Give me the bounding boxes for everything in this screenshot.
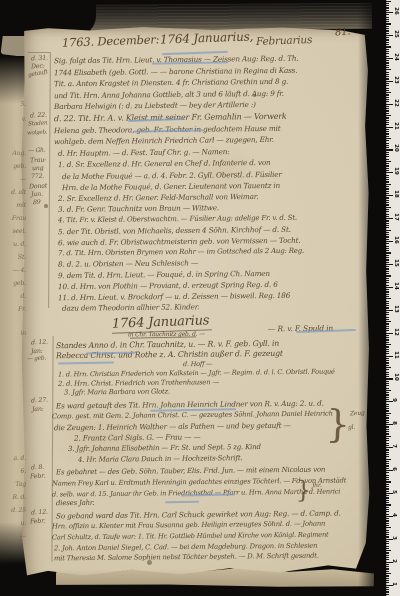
blue-underline-mark: [165, 501, 199, 504]
facing-text-fragment: 5.: [0, 101, 26, 108]
manuscript-line: 8. d. 2. u. Obristen — Neu Schlesisch —: [58, 258, 198, 268]
margin-date-note: getauft: [28, 69, 48, 78]
manuscript-line: 7. d. Tit. Hrn. Obristen Brymen von Rohr…: [58, 247, 304, 258]
facing-text-fragment: Fr.: [0, 306, 26, 313]
blue-underline-mark: [58, 362, 114, 365]
manuscript-line: 1744 Elisabeth (geb. Gottl. — — barone C…: [54, 66, 297, 78]
facing-text-fragment: Aug.: [0, 150, 26, 157]
manuscript-line: dazu dem Theodorin allhier 52. Kinder.: [62, 302, 199, 312]
manuscript-line: 2. Sr. Excellenz d. Hr. Gener. Feld-Mars…: [58, 192, 258, 203]
margin-date-note: Febr.: [30, 518, 45, 526]
margin-date-note: d. 12.: [31, 509, 48, 517]
margin-date-note: ung: [32, 165, 44, 173]
manuscript-line: Rebecca Christ. und Rothe z. A. Christin…: [56, 349, 283, 360]
margin-date-note: d. 12.: [31, 339, 48, 347]
facing-text-fragment: d.: [0, 293, 26, 300]
margin-date-note: Donat: [29, 183, 48, 191]
manuscript-line: die Zeugen: 1. Heinrich Walther — als Pa…: [54, 421, 291, 432]
manuscript-content: 1763. December: 1764 Januarius, Februari…: [0, 0, 400, 596]
facing-text-fragment: d. 25: [0, 507, 26, 514]
manuscript-line: Comp. gest. mit Gem. 2. Johann Christ. C…: [52, 410, 333, 421]
ink-underline-mark: [130, 336, 196, 338]
manuscript-line: d. Hr. Hauptm. — d. Fest. Tauf Chr. g. —…: [58, 147, 230, 158]
facing-text-fragment: v.: [0, 116, 26, 123]
facing-text-fragment: a. d.: [0, 455, 26, 462]
curly-brace-mark: }: [296, 476, 312, 505]
manuscript-line: 1. d. Hrn. Christian Friederich von Kalk…: [58, 368, 335, 379]
facing-text-fragment: u.: [0, 520, 26, 527]
facing-text-fragment: d. alt: [0, 189, 26, 196]
facing-text-fragment: —: [0, 176, 26, 183]
ink-spot: [44, 204, 48, 208]
margin-date-note: d. 22.: [30, 112, 47, 120]
facing-text-fragment: geb.: [0, 163, 26, 170]
manuscript-line: 5. der Tit. Obristl. von Michaelis, dess…: [58, 225, 291, 236]
manuscript-line: d. Hoff —: [183, 360, 213, 368]
facing-text-fragment: geb.: [0, 280, 26, 287]
manuscript-line: wohlgeb. dem Neffen Heinrich Friedrich C…: [54, 135, 274, 146]
gutter-shadow-right: [358, 0, 388, 596]
facing-text-fragment: R. d.: [0, 494, 26, 501]
header-december-1763: 1763. December:: [62, 32, 160, 49]
manuscript-line: 2. Joh. Anton Daniel Siegel, C. Cad. — b…: [54, 542, 317, 553]
margin-date-note: Jan:: [32, 406, 44, 414]
manuscript-line: Barbara Helwigin (: d. zu Liebstedt — be…: [54, 100, 256, 111]
margin-date-note: wolgeb.: [27, 129, 48, 136]
brace-side-note: Jhr.: [312, 482, 322, 489]
facing-text-fragment: 6.: [0, 468, 26, 475]
manuscript-line: 2. d. Hrn. Christ. Friedrich von Trothen…: [58, 378, 219, 388]
margin-date-note: d. 27.: [31, 397, 48, 405]
margin-date-note: Staden: [28, 120, 48, 127]
manuscript-line: Hrn. offizin u. Klenter mit Frau Susanna…: [52, 520, 325, 531]
manuscript-line: de la Mothe Fouqué — a. d. 4. Febr. 2. G…: [62, 170, 282, 181]
manuscript-line: 9. dem Tit. d. Hrn. Lieut. — Fouqué, d. …: [58, 269, 270, 280]
manuscript-line: und Tit. Hrn. Anna Johanna Gottlieb, alt…: [54, 89, 284, 100]
manuscript-line: 4. Tit. Fr. v. Kleist d. Oberstwachtm. —…: [58, 214, 297, 225]
facing-text-fragment: mit: [0, 202, 26, 209]
manuscript-line: mit Theresia M. Salome Sophien nebst Töc…: [54, 552, 319, 563]
manuscript-line: 11. d. Hrn. Lieut. v. Brockdorf — u. d. …: [58, 291, 290, 302]
measurement-ruler: 2625242322212019181716151413121110987654…: [386, 0, 400, 596]
blue-underline-mark: [152, 61, 228, 64]
margin-date-note: — Gh.: [28, 147, 46, 155]
header-januarius-1764: 1764 Januarius,: [160, 29, 254, 46]
manuscript-line: 3. d. Fr. Genr. Tauchnitz von Braun — Wi…: [58, 203, 219, 214]
margin-date-note: 89: [33, 199, 41, 206]
margin-date-note: — geb.: [27, 356, 46, 363]
ink-spot: [253, 94, 256, 97]
margin-rule-top-section: [48, 52, 51, 308]
margin-rule-horizontal: [28, 52, 50, 53]
folio-number: 81.: [335, 26, 351, 38]
manuscript-line: Carl Schultz, d. Taufe war: 1. Tit. Hr. …: [52, 531, 329, 542]
facing-text-fragment: in: [0, 330, 26, 337]
facing-text-fragment: Tag: [0, 481, 26, 488]
manuscript-line: 2. Frantz Carl Sigls. G. — Frau — —: [74, 432, 201, 442]
manuscript-line: 4. Hr. Maria Clara Dauch in — Hochzeits-…: [78, 454, 243, 464]
manuscript-line: Tit. a. Anton Kragstet in Diensten. 4 fr…: [54, 77, 288, 88]
margin-date-note: 772.: [31, 173, 45, 181]
header-februarius: Februarius: [256, 34, 313, 48]
manuscript-line: So geband ward das Tit. Hrn. Carl Schuck…: [56, 509, 341, 521]
margin-date-note: Jun.: [31, 191, 43, 199]
manuscript-line: 3. Jgfr. Maria Barbara von Glotz.: [64, 387, 170, 396]
manuscript-line: Hrn. de la Mothe Fouqué, d. Gener. Lieut…: [62, 181, 280, 192]
margin-date-note: Trau-: [30, 157, 47, 165]
margin-date-note: d. 8.: [31, 464, 44, 472]
manuscript-line: 6. wie auch d. Fr. Obristwachtmeisterin …: [58, 236, 301, 248]
margin-date-note: Febr.: [30, 473, 45, 481]
archival-scan-stage: 1763. December: 1764 Januarius, Februari…: [0, 0, 400, 596]
brace-side-note: gl.: [348, 424, 355, 431]
facing-text-fragment: —: [0, 533, 26, 540]
manuscript-line: dieses Jahr.: [56, 499, 94, 507]
manuscript-line: Es gebahret — des Geb. Söhn. Tauber, Eli…: [56, 466, 325, 477]
manuscript-line: 1. d. Sr. Excellenz d. Hr. General en Ch…: [58, 158, 271, 169]
facing-text-fragment: u. d.: [0, 241, 26, 248]
facing-text-fragment: St.: [0, 254, 26, 261]
margin-date-note: d. 31.: [31, 55, 48, 63]
margin-date-note: Jan:: [31, 348, 43, 356]
ink-spot: [147, 560, 152, 565]
facing-text-fragment: Frau: [0, 215, 26, 222]
facing-text-fragment: seel.: [0, 228, 26, 235]
facing-text-fragment: — 4.: [0, 267, 26, 274]
manuscript-line: 10. d. Hrn. von Plothin — Proviant, d. e…: [58, 280, 278, 291]
manuscript-line: 3. Jgfr. Johanna Elisabethin — Fr. St. u…: [68, 443, 261, 453]
